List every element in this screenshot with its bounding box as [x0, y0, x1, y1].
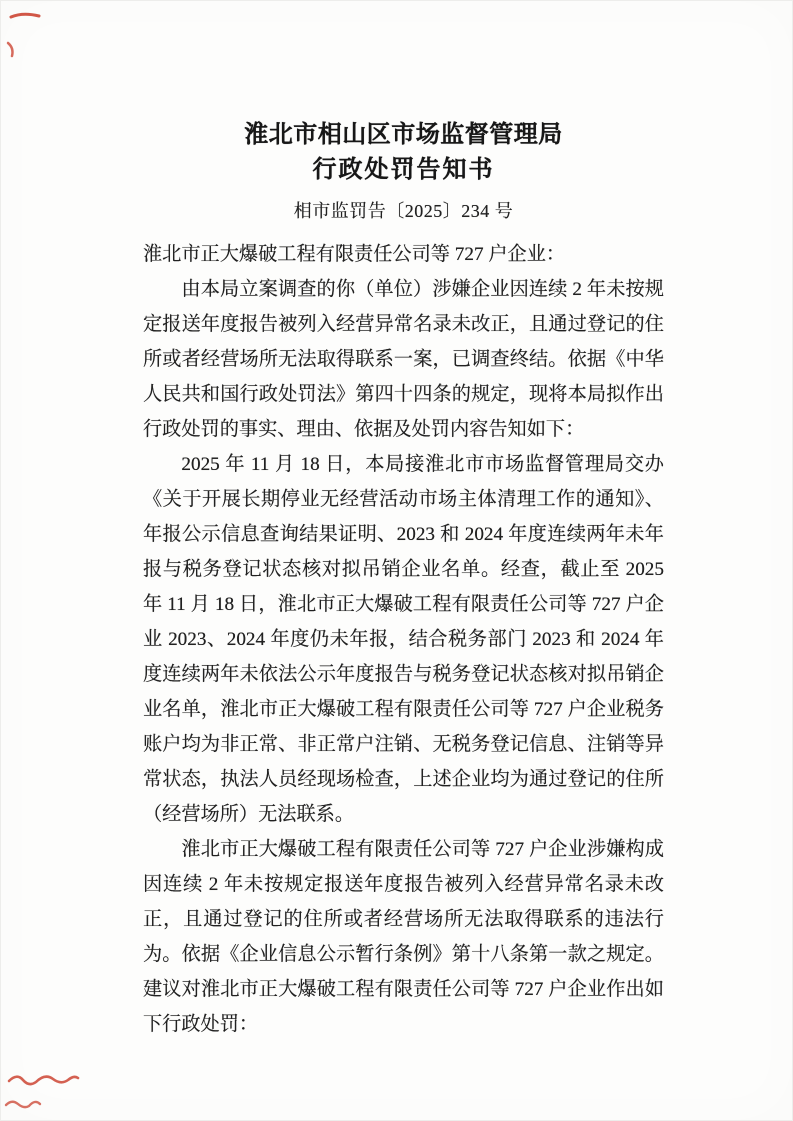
- title-line-1: 淮北市相山区市场监督管理局: [143, 118, 664, 153]
- document-number: 相市监罚告〔2025〕234 号: [143, 196, 664, 226]
- document-title: 淮北市相山区市场监督管理局 行政处罚告知书: [143, 118, 664, 188]
- salutation-line: 淮北市正大爆破工程有限责任公司等 727 户企业：: [143, 237, 664, 272]
- red-ink-mark-top-left: [4, 7, 56, 63]
- paragraph-1: 由本局立案调查的你（单位）涉嫌企业因连续 2 年未按规定报送年度报告被列入经营异…: [143, 272, 664, 447]
- document-body: 淮北市正大爆破工程有限责任公司等 727 户企业： 由本局立案调查的你（单位）涉…: [143, 237, 664, 1042]
- red-ink-scribble-bottom-left: [2, 1069, 94, 1121]
- paragraph-3: 淮北市正大爆破工程有限责任公司等 727 户企业涉嫌构成因连续 2 年未按规定报…: [143, 832, 664, 1042]
- title-line-2: 行政处罚告知书: [143, 153, 664, 188]
- document-page: 淮北市相山区市场监督管理局 行政处罚告知书 相市监罚告〔2025〕234 号 淮…: [0, 0, 793, 1121]
- paragraph-2: 2025 年 11 月 18 日，本局接淮北市市场监督管理局交办《关于开展长期停…: [143, 447, 664, 832]
